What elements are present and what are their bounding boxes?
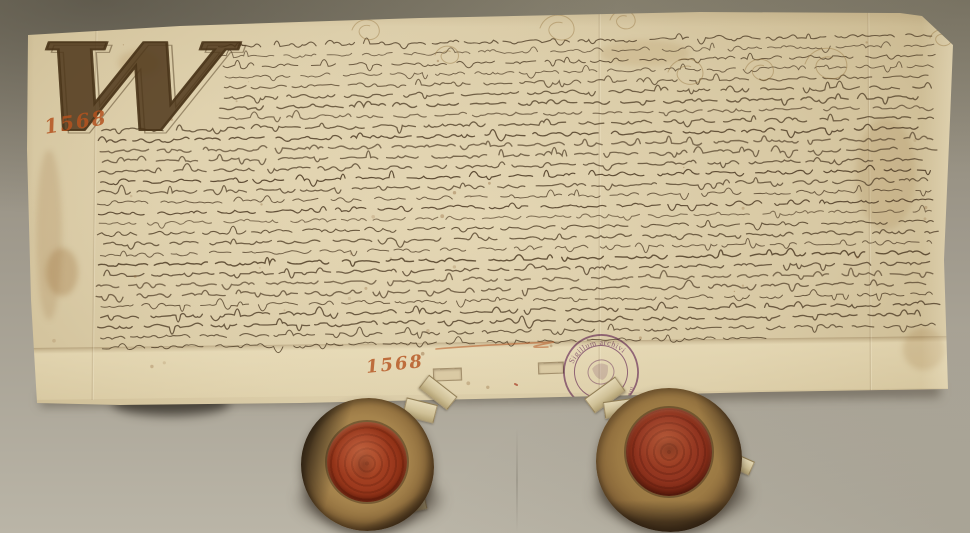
left-seal-wax-impression <box>327 422 407 502</box>
plica-slit <box>433 367 462 381</box>
stamp-coat-of-arms <box>591 362 610 381</box>
backdrop-crease <box>516 428 518 533</box>
right-wax-seal <box>596 388 742 532</box>
photograph: W W 1568 1568 Sigillum archivi moravo-os… <box>0 0 970 533</box>
left-wax-seal <box>301 398 434 531</box>
right-seal-wax-impression <box>626 408 712 496</box>
